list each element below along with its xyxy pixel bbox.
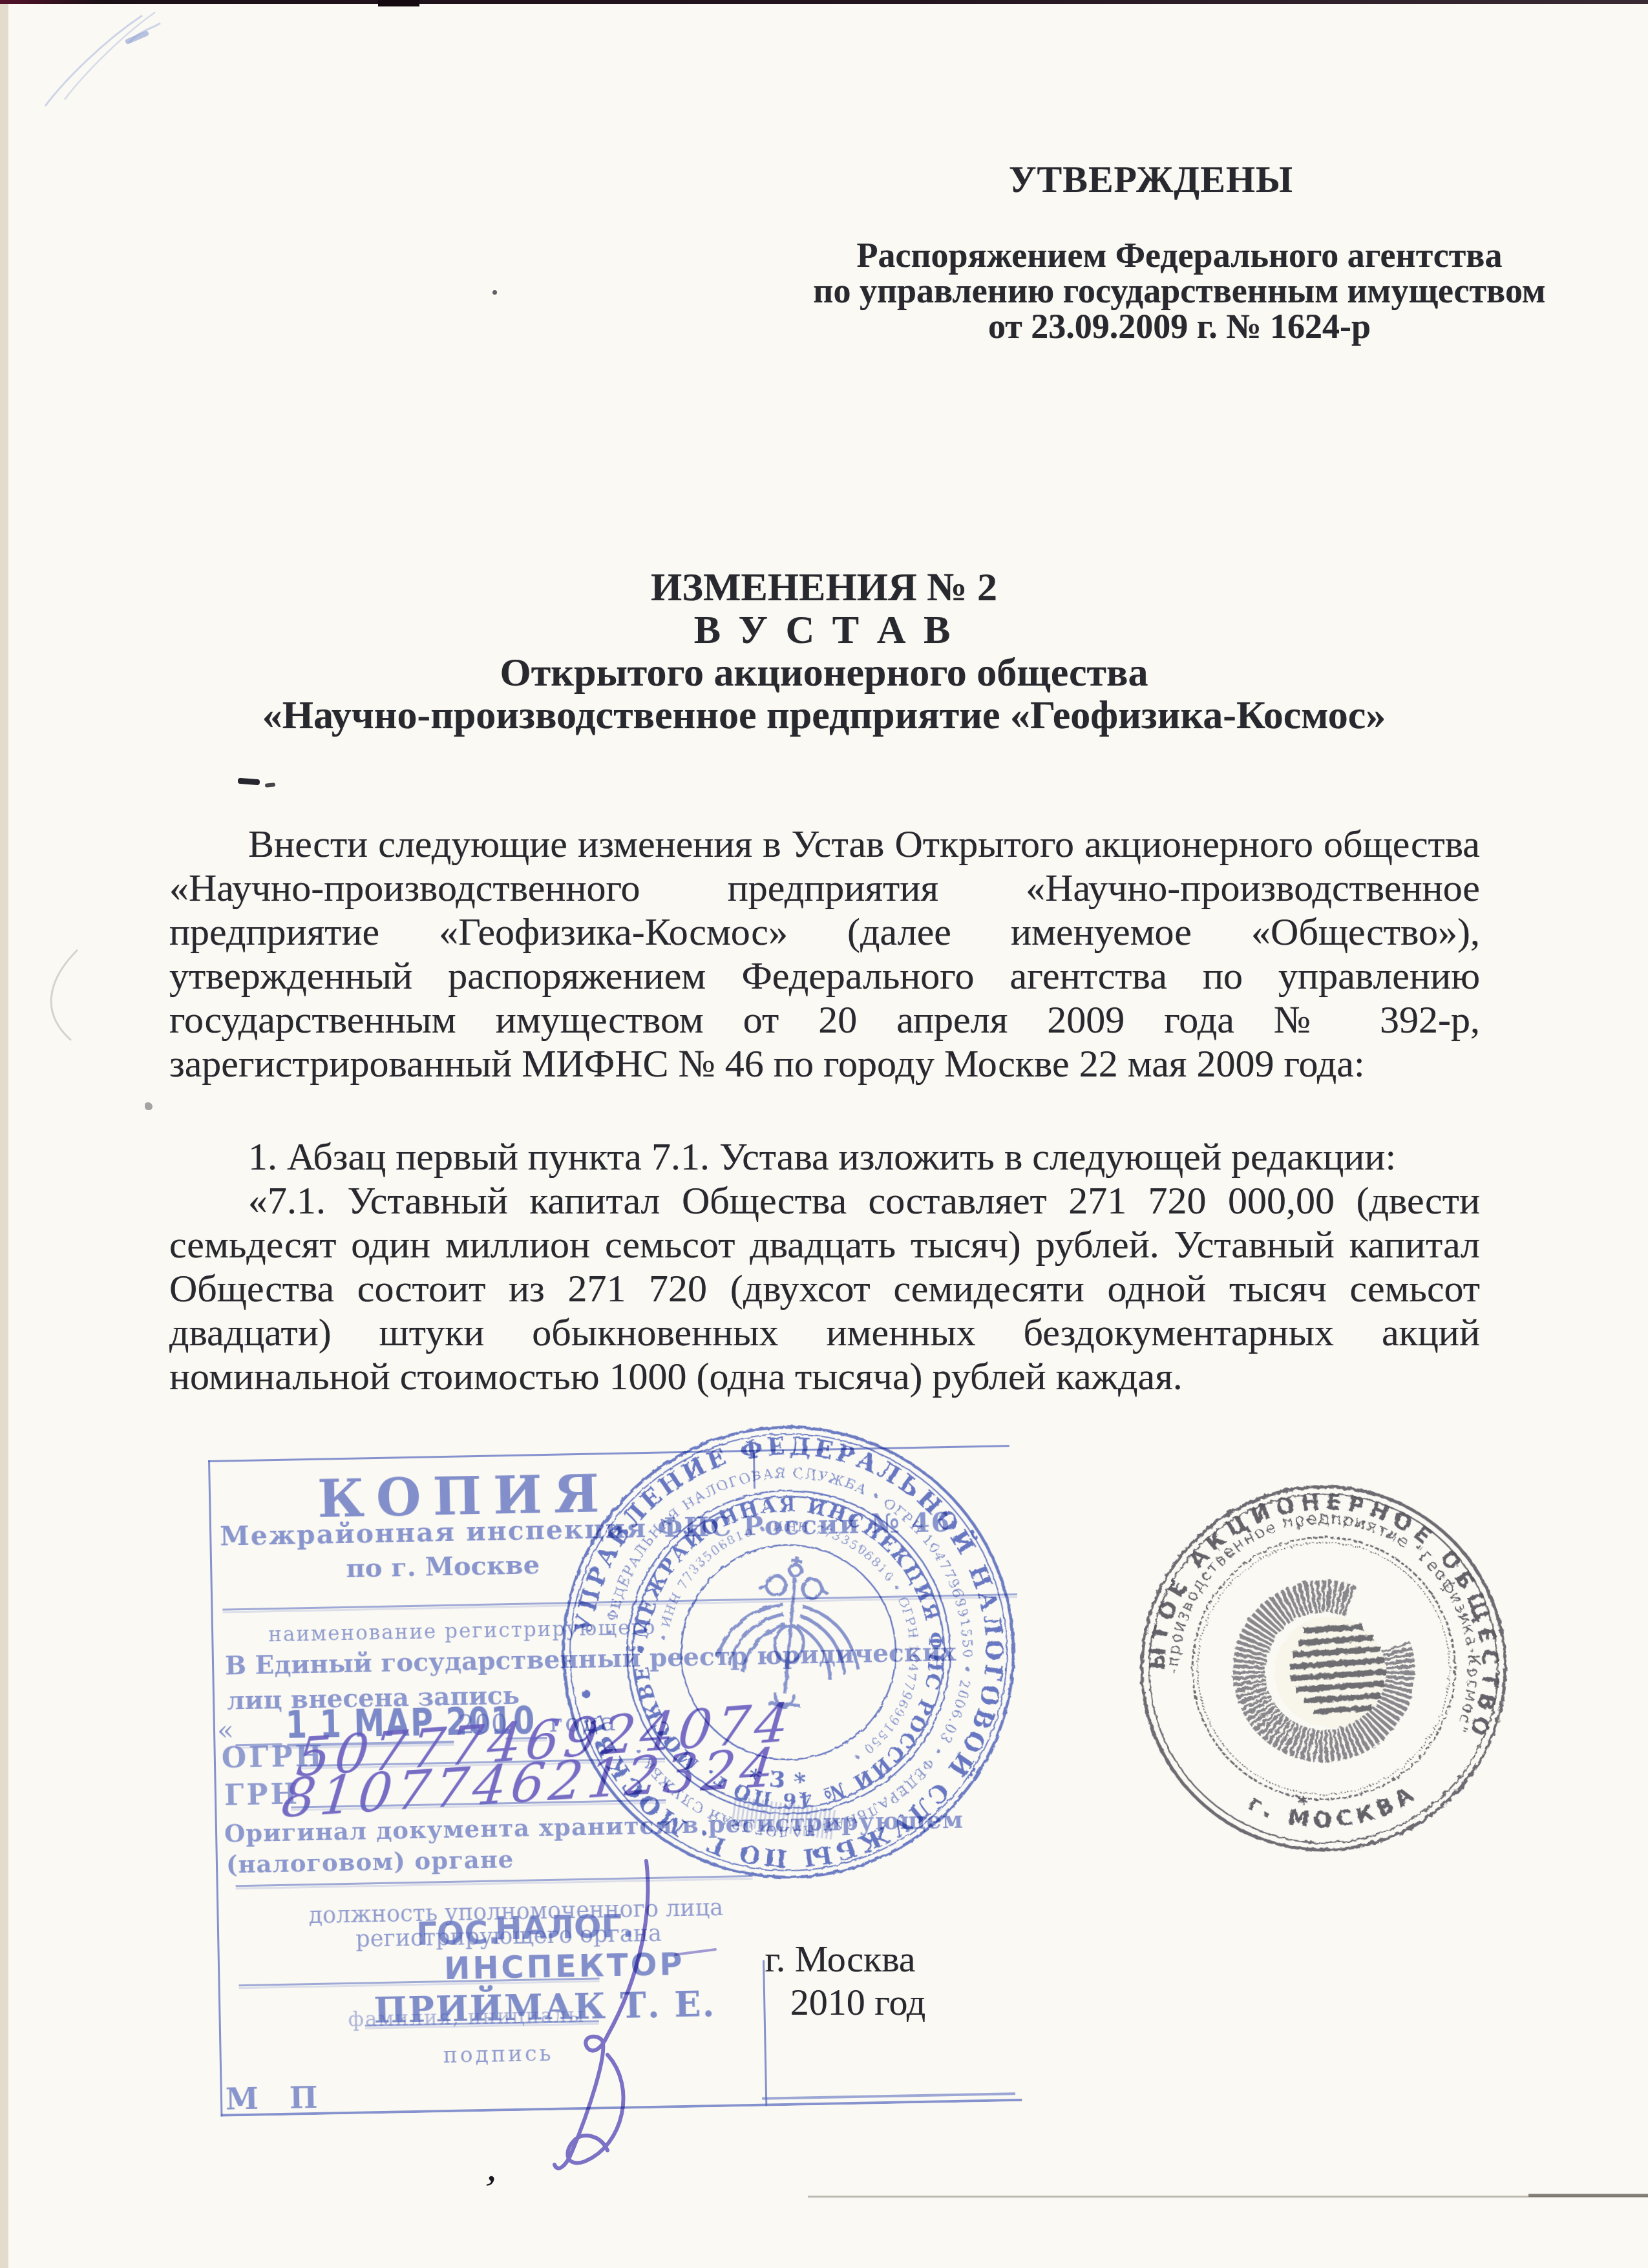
document-title: ИЗМЕНЕНИЯ № 2 В У С Т А В Открытого акци… (168, 566, 1480, 737)
approved-title: УТВЕРЖДЕНЫ (754, 158, 1548, 201)
body-line: двадцати) штуки обыкновенных именных без… (169, 1310, 1480, 1354)
signature (511, 1842, 717, 2203)
body-line: 1. Абзац первый пункта 7.1. Устава излож… (169, 1135, 1480, 1179)
paragraph-2: 1. Абзац первый пункта 7.1. Устава излож… (169, 1135, 1480, 1398)
body-line: зарегистрированный МИФНС № 46 по городу … (169, 1042, 1480, 1086)
scan-bottom-line-dark (1528, 2194, 1648, 2197)
body-line: предприятие «Геофизика-Космос» (далее им… (169, 910, 1480, 954)
body-line: номинальной стоимостью 1000 (одна тысяча… (169, 1354, 1480, 1398)
ink-apostrophe-mark: ’ (478, 2165, 501, 2215)
gos-overlay-stamp: ГОС. (416, 1913, 501, 1952)
seal-place-mark: М П (225, 2080, 328, 2117)
paragraph-1: Внести следующие изменения в Устав Откры… (169, 822, 1480, 1086)
ink-dash-mark (238, 778, 260, 785)
scan-bottom-line (808, 2196, 1648, 2198)
fns-code-number: * 3 * (748, 1764, 807, 1796)
approved-line: Распоряжением Федерального агентства (782, 238, 1577, 273)
company-seal: ОТКРЫТОЕ АКЦИОНЕРНОЕ ОБЩЕСТВО г. МОСКВА … (1122, 1467, 1525, 1869)
stamp-border-left (208, 1460, 223, 2117)
approved-block: УТВЕРЖДЕНЫ Распоряжением Федерального аг… (782, 158, 1577, 201)
bottom-line-extension (762, 2092, 1015, 2100)
title-line: ИЗМЕНЕНИЯ № 2 (168, 566, 1480, 609)
margin-pencil-arc (26, 943, 103, 1047)
body-line: «Научно-производственного предприятия «Н… (169, 866, 1480, 910)
body-line: Внести следующие изменения в Устав Откры… (169, 822, 1480, 866)
scan-edge-strip (0, 0, 8, 2268)
fns-round-stamp: УПРАВЛЕНИЕ ФЕДЕРАЛЬНОЙ НАЛОГОВОЙ СЛУЖБЫ … (533, 1397, 1044, 1908)
approved-lines: Распоряжением Федерального агентства по … (782, 238, 1577, 344)
body-line: «7.1. Уставный капитал Общества составля… (169, 1179, 1480, 1223)
pen-scribble-mark (26, 3, 194, 132)
seal-star: * (1297, 1792, 1309, 1815)
ink-speck (492, 290, 497, 295)
approved-line: по управлению государственным имуществом (782, 273, 1577, 309)
title-line: «Научно-производственное предприятие «Ге… (168, 694, 1480, 737)
approved-line: от 23.09.2009 г. № 1624-р (782, 309, 1577, 344)
title-line: В У С Т А В (168, 609, 1480, 651)
scan-top-line (0, 0, 1648, 4)
scanned-document-page: { "approved_block": { "title": "УТВЕРЖДЕ… (0, 0, 1648, 2268)
body-line: государственным имуществом от 20 апреля … (169, 998, 1480, 1042)
gray-speck (145, 1102, 153, 1110)
scan-top-line-blob (378, 0, 419, 6)
body-line: утвержденный распоряжением Федерального … (169, 954, 1480, 998)
original-line-2: (налоговом) органе (226, 1845, 514, 1879)
body-line: Общества состоит из 271 720 (двухсот сем… (169, 1266, 1480, 1310)
body-line: семьдесят один миллион семьсот двадцать … (169, 1223, 1480, 1266)
ink-dash-mark2 (265, 782, 276, 788)
title-line: Открытого акционерного общества (168, 651, 1480, 694)
inspection-city-line: по г. Москве (307, 1549, 579, 1584)
